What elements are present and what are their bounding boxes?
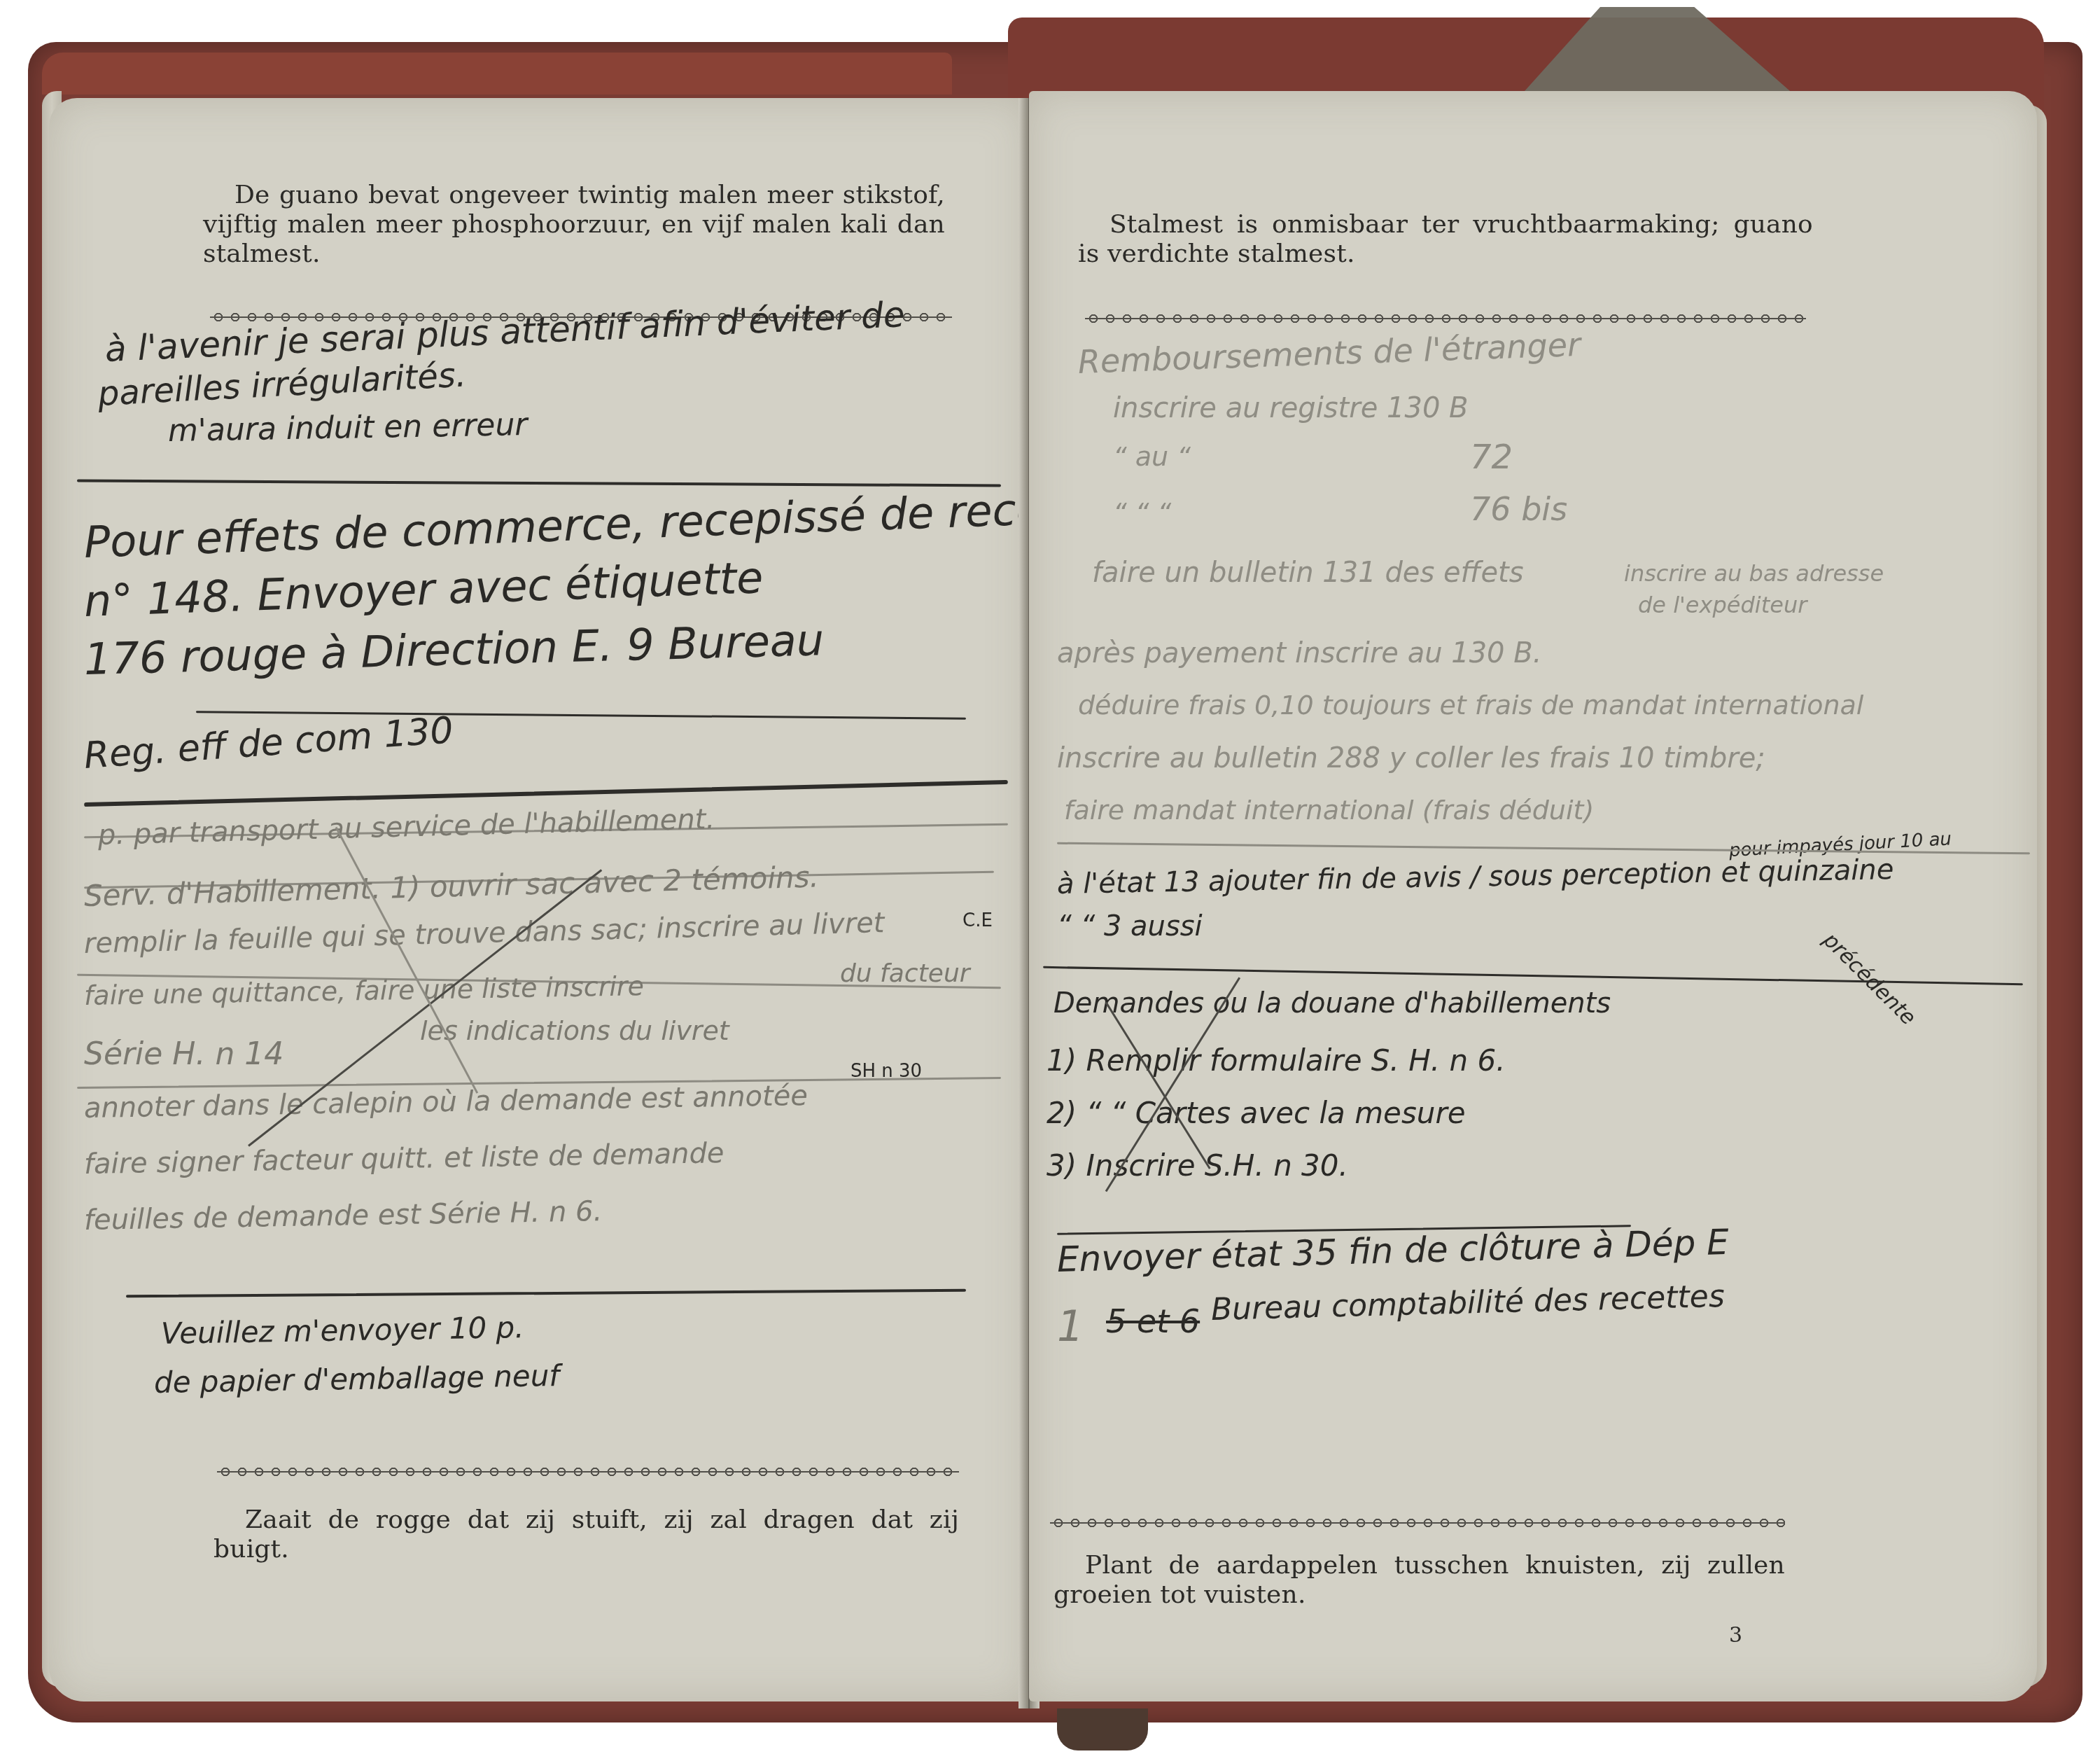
handwriting-note: Demandes ou la douane d'habillements	[1053, 987, 1611, 1019]
pencil-note: déduire frais 0,10 toujours et frais de …	[1078, 690, 1863, 721]
page-number: 3	[1729, 1623, 1742, 1648]
pencil-note: de l'expéditeur	[1638, 592, 1807, 618]
pencil-note: du facteur	[840, 959, 970, 988]
handwriting-note: 3) Inscrire S.H. n 30.	[1046, 1148, 1348, 1183]
printed-paragraph: De guano bevat ongeveer twintig malen me…	[203, 181, 945, 269]
pencil-note: inscrire au registre 130 B	[1113, 392, 1469, 424]
margin-mark: C.E	[962, 910, 993, 931]
right-printed-top: Stalmest is onmisbaar ter vruchtbaarmaki…	[1078, 210, 1813, 269]
pencil-note: “ au “	[1113, 441, 1191, 472]
pencil-note: “ “ “	[1113, 497, 1171, 528]
right-printed-bottom: Plant de aardappelen tusschen knuisten, …	[1053, 1551, 1785, 1610]
left-printed-top: De guano bevat ongeveer twintig malen me…	[203, 181, 945, 269]
handwriting-note: 2) “ “ Cartes avec la mesure	[1046, 1096, 1466, 1130]
printed-paragraph: Plant de aardappelen tusschen knuisten, …	[1053, 1551, 1785, 1610]
handwriting-note: m'aura induit en erreur	[168, 407, 528, 449]
pencil-note: faire mandat international (frais déduit…	[1064, 795, 1594, 826]
cover-top-edge-left	[42, 53, 952, 95]
handwriting-note: “ “ 3 aussi	[1057, 910, 1203, 942]
handwriting-note: 1) Remplir formulaire S. H. n 6.	[1046, 1043, 1506, 1078]
ornament-divider	[1085, 314, 1806, 323]
printed-paragraph: Zaait de rogge dat zij stuift, zij zal d…	[213, 1505, 959, 1564]
pencil-note: 76 bis	[1470, 490, 1567, 528]
pencil-note: 72	[1470, 438, 1513, 477]
ornament-divider	[217, 1467, 959, 1477]
handwriting-note: Veuillez m'envoyer 10 p.	[161, 1310, 524, 1351]
left-printed-bottom: Zaait de rogge dat zij stuift, zij zal d…	[213, 1505, 959, 1564]
spine-bottom	[1057, 1708, 1148, 1750]
pencil-note: les indications du livret	[420, 1015, 729, 1046]
pencil-note: après payement inscrire au 130 B.	[1057, 637, 1541, 669]
pencil-note: inscrire au bulletin 288 y coller les fr…	[1057, 742, 1765, 774]
printed-paragraph: Stalmest is onmisbaar ter vruchtbaarmaki…	[1078, 210, 1813, 269]
pencil-note: faire un bulletin 131 des effets	[1092, 557, 1524, 589]
ornament-divider	[1050, 1518, 1785, 1528]
pencil-mark: 1	[1057, 1302, 1084, 1351]
struck-through-text: 5 et 6	[1106, 1302, 1200, 1340]
pencil-note: inscrire au bas adresse	[1624, 560, 1884, 587]
handwriting-note: de papier d'emballage neuf	[154, 1358, 560, 1400]
pencil-note: Série H. n 14	[84, 1036, 283, 1072]
